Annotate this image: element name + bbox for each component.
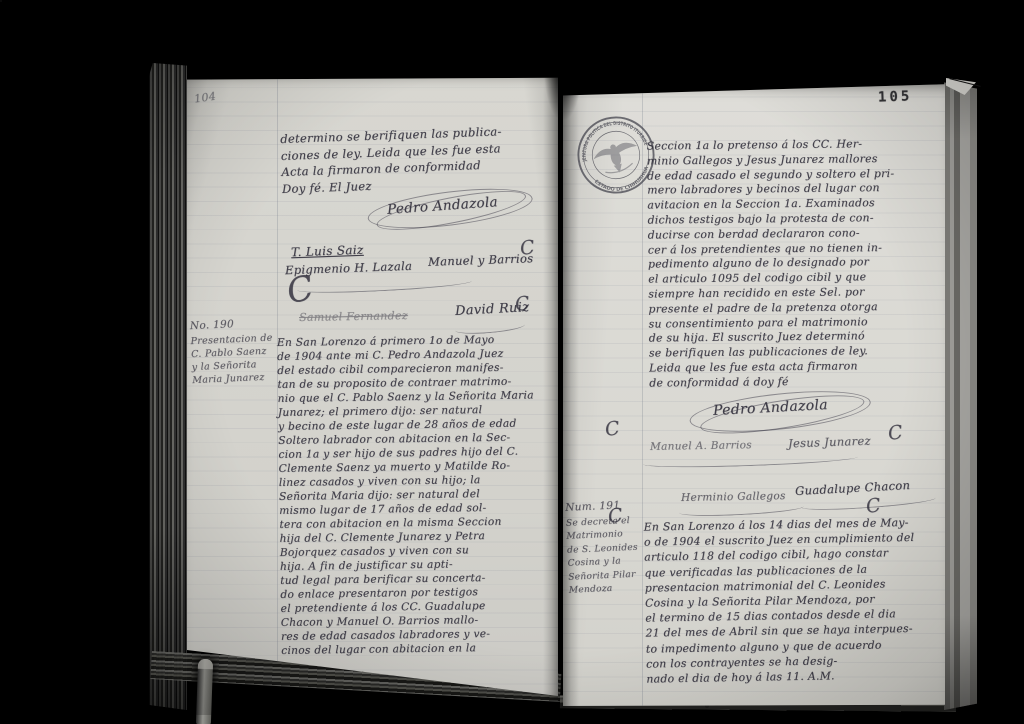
entry-text: En San Lorenzo á los 14 dias del mes de … (644, 514, 945, 686)
left-page: 104 determino se berifiquen las publica-… (187, 74, 558, 696)
signature-flourish (643, 451, 858, 469)
text-line: Maria Junarez (192, 370, 288, 387)
faint-page-number: 104 (193, 90, 217, 106)
witness-signature: Herminio Gallegos (681, 490, 786, 504)
judge-signature: Pedro Andazola (387, 194, 499, 218)
margin-note-text: Presentacion deC. Pablo Saenzy la Señori… (190, 331, 288, 387)
witness-signature: T. Luis Saiz (291, 243, 364, 260)
entry-text: En San Lorenzo á primero 1o de Mayode 19… (277, 332, 557, 658)
witness-signature-struck: Samuel Fernandez (299, 309, 408, 324)
witness-signature: Manuel y Barrios (428, 251, 534, 269)
pen-object (196, 659, 213, 724)
eagle-emblem (591, 138, 643, 178)
entry-text: Seccion 1a lo pretenso á los CC. Her-min… (647, 136, 940, 391)
witness-signature: Manuel A. Barrios (650, 439, 752, 453)
text-line: de conformidad á doy fé (649, 373, 939, 391)
book-gutter-shadow (543, 72, 579, 710)
signature-flourish (297, 275, 472, 295)
witness-signature: Jesus Junarez (788, 434, 871, 451)
page-number-stamp: 105 (878, 88, 913, 105)
flourish-mark: C (887, 421, 905, 445)
right-page: 105 JEFATURA POLITICA DEL DISTRITO ITURB… (563, 83, 945, 706)
judge-signature: Pedro Andazola (713, 397, 829, 419)
flourish-mark: C (604, 417, 622, 441)
text-line: cinos del lugar con abitacion en la (281, 640, 557, 658)
ink-speckles (0, 0, 2, 2)
continuation-text: determino se berifiquen las publica-cion… (280, 121, 568, 197)
scan-photo: 104 determino se berifiquen las publica-… (0, 0, 1024, 724)
witness-signature: David Ruiz (455, 300, 530, 319)
left-page-stack-edge (149, 63, 187, 710)
text-line: Mendoza (569, 581, 650, 598)
margin-note: No. 190 Presentacion deC. Pablo Saenzy l… (190, 316, 289, 387)
right-page-stack-edge (944, 76, 977, 710)
gutter-top-shadow (544, 66, 582, 120)
